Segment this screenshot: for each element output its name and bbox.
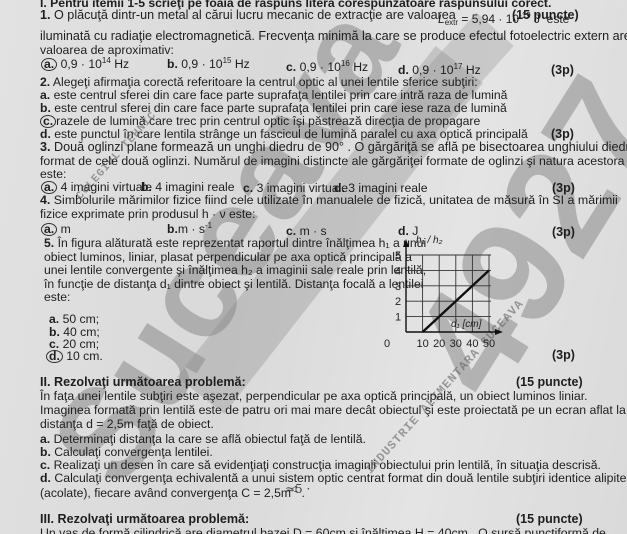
- section2-intro-1: În faţa unei lentile subţiri este aşezat…: [40, 389, 588, 403]
- q1-option-b[interactable]: b. 0,9 · 1015 Hz: [167, 57, 250, 71]
- q1-option-c[interactable]: c. 0,9 · 1016 Hz: [286, 60, 368, 74]
- section2-task-d: d. Calculaţi convergenţa echivalentă a u…: [40, 471, 626, 485]
- svg-text:30: 30: [450, 338, 462, 350]
- q3-line2: format de cele două oglinzi. Numărul de …: [40, 154, 624, 168]
- section2-intro-2: Imaginea formată prin lentilă este de pa…: [40, 403, 626, 417]
- svg-text:50: 50: [483, 338, 495, 350]
- q2-option-b[interactable]: b. este centrul sferei din care face par…: [40, 101, 507, 115]
- q2-option-a[interactable]: a. este centrul sferei din care face par…: [40, 88, 507, 102]
- q2-option-c[interactable]: c.razele de lumină care trec prin centru…: [43, 114, 480, 128]
- q3-line1: 3. Două oglinzi plane formează un unghi …: [40, 140, 627, 154]
- svg-text:4: 4: [395, 265, 401, 277]
- q4-line1: 4. Simbolurile mărimilor fizice fiind ce…: [40, 193, 618, 207]
- q1-line3: valoarea de aproximativ:: [40, 43, 174, 57]
- svg-text:10: 10: [416, 338, 428, 350]
- q5-line4: în funcţie de distanţa d₁ dintre obiect …: [44, 277, 423, 291]
- section2-intro-3: distanţa d = 2,5m faţă de obiect.: [40, 417, 214, 431]
- section2-task-a: a. Determinaţi distanţa la care se află …: [40, 432, 366, 446]
- q3-option-a[interactable]: a. 4 imagini virtuale: [44, 180, 152, 194]
- q1-formula: Lextr = 5,94 · 10-19 J este: [438, 12, 569, 26]
- q2-points: (3p): [551, 127, 574, 141]
- q1-option-a[interactable]: a. 0,9 · 1014 Hz: [44, 57, 129, 71]
- svg-text:2: 2: [395, 296, 401, 308]
- q1-line1: 1. O plăcuţă dintr-un metal al cărui luc…: [40, 8, 456, 22]
- q3-line3: este:: [40, 167, 66, 181]
- q5-line1: 5. În figura alăturată este reprezentat …: [44, 236, 426, 250]
- q1-points: (3p): [551, 63, 574, 77]
- q5-line2: obiect luminos, liniar, plasat perpendic…: [44, 250, 412, 264]
- q4-option-a[interactable]: a. m: [44, 222, 71, 236]
- q2-option-d[interactable]: d. este punctul în care lentila strânge …: [40, 127, 528, 141]
- section2-task-b: b. Calculaţi convergenţa lentilei.: [40, 445, 213, 459]
- section3-header: III. Rezolvaţi următoarea problemă:: [40, 512, 249, 526]
- exam-page: Suceava 4927 COLEGIUL TEHNIC INDUSTRIE A…: [0, 0, 627, 534]
- section3-intro: Un vas de formă cilindrică are diametrul…: [40, 526, 606, 534]
- q4-option-b[interactable]: b.m · s-1: [167, 222, 212, 236]
- q5-line5: este:: [44, 290, 70, 304]
- q4-points: (3p): [552, 225, 575, 239]
- q5-option-d[interactable]: d. 10 cm.: [49, 349, 103, 363]
- svg-text:5: 5: [395, 250, 401, 262]
- q5-points: (3p): [552, 348, 575, 362]
- q4-line2: fizice exprimate prin produsul h · ν est…: [40, 207, 255, 221]
- svg-text:h₁ / h₂: h₁ / h₂: [416, 235, 443, 246]
- section2-task-d-line2: (acolate), fiecare având convergenţa C =…: [40, 486, 305, 500]
- section3-points: (15 puncte): [516, 512, 583, 526]
- svg-text:20: 20: [433, 338, 445, 350]
- section2-task-c: c. Realizaţi un desen în care să evidenţ…: [40, 458, 601, 472]
- q2-question: 2. Alegeţi afirmaţia corectă referitoare…: [40, 75, 478, 89]
- svg-text:d₁ [cm]: d₁ [cm]: [451, 319, 482, 330]
- section2-points: (15 puncte): [516, 375, 583, 389]
- section2-header: II. Rezolvaţi următoarea problemă:: [40, 375, 246, 389]
- handwritten-note: ≈5 ·: [285, 482, 310, 496]
- svg-text:3: 3: [395, 281, 401, 293]
- q5-option-a[interactable]: a. 50 cm;: [49, 312, 99, 326]
- q3-option-b[interactable]: b. 4 imagini reale: [141, 180, 235, 194]
- svg-text:0: 0: [384, 338, 390, 350]
- q1-line2: iluminată cu radiaţie electromagnetică. …: [40, 29, 627, 43]
- q5-line3: unei lentile convergente şi înălţimea h₂…: [44, 263, 426, 277]
- svg-text:40: 40: [466, 338, 478, 350]
- svg-text:1: 1: [395, 312, 401, 324]
- q5-graph: 1020304050123450h₁ / h₂d₁ [cm]: [380, 225, 540, 355]
